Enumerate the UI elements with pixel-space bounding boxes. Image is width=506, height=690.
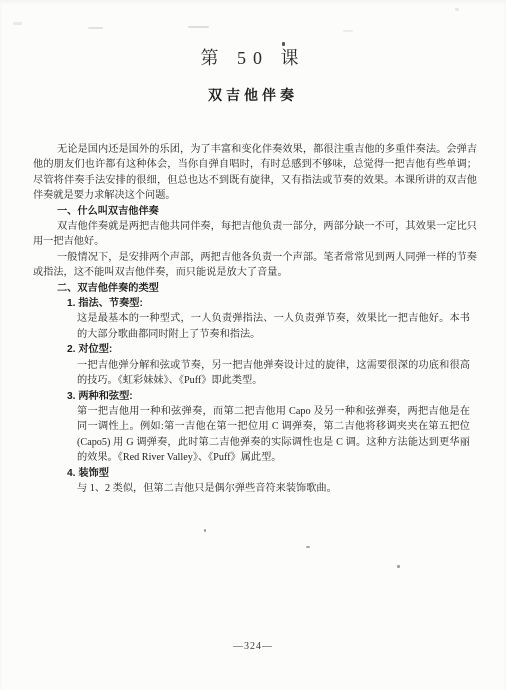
list-item: 1. 指法、节奏型: 这是最基本的一种型式，一人负责弹指法、一人负责弹节奏，效果… [67, 296, 477, 342]
page-number: —324— [0, 641, 506, 652]
list-item-title: 3. 两种和弦型: [67, 389, 477, 404]
lesson-title: 第 50 课 [0, 44, 506, 70]
list-item-body: 第一把吉他用一种和弦弹奏，而第二把吉他用 Capo 及另一种和弦弹奏，两把吉他是… [77, 404, 470, 466]
list-item-body: 一把吉他弹分解和弦或节奏，另一把吉他弹奏设计过的旋律，这需要很深的功底和很高的技… [77, 358, 470, 389]
scan-artifact [455, 8, 459, 11]
list-item: 4. 装饰型 与 1、2 类似，但第二吉他只是偶尔弹些音符来装饰歌曲。 [67, 466, 477, 497]
section-1-heading: 一、什么叫双吉他伴奏 [33, 204, 477, 219]
list-item-body: 与 1、2 类似，但第二吉他只是偶尔弹些音符来装饰歌曲。 [77, 481, 470, 496]
scan-artifact [397, 565, 400, 568]
list-item-title: 1. 指法、节奏型: [67, 296, 477, 311]
lesson-subtitle: 双吉他伴奏 [0, 85, 506, 105]
scan-artifact [13, 22, 22, 25]
intro-paragraph: 无论是国内还是国外的乐团，为了丰富和变化伴奏效果，都很注重吉他的多重伴奏法。会弹… [33, 142, 477, 204]
list-item: 3. 两种和弦型: 第一把吉他用一种和弦弹奏，而第二把吉他用 Capo 及另一种… [67, 389, 477, 466]
section-2-heading: 二、双吉他伴奏的类型 [33, 281, 477, 296]
scan-artifact [88, 27, 103, 29]
scan-artifact [188, 26, 209, 28]
section-1-paragraph: 一般情况下，是安排两个声部，两把吉他各负责一个声部。笔者常常见到两人同弹一样的节… [33, 250, 477, 281]
list-item: 2. 对位型: 一把吉他弹分解和弦或节奏，另一把吉他弹奏设计过的旋律，这需要很深… [67, 342, 477, 388]
section-1-paragraph: 双吉他伴奏就是两把吉他共同伴奏，每把吉他负责一部分，两部分缺一不可，其效果一定比… [33, 219, 477, 250]
list-item-title: 4. 装饰型 [67, 466, 477, 481]
lesson-body: 无论是国内还是国外的乐团，为了丰富和变化伴奏效果，都很注重吉他的多重伴奏法。会弹… [33, 142, 477, 496]
scan-artifact [204, 529, 206, 532]
scanned-book-page: 第 50 课 双吉他伴奏 无论是国内还是国外的乐团，为了丰富和变化伴奏效果，都很… [0, 0, 506, 690]
list-item-body: 这是最基本的一种型式，一人负责弹指法、一人负责弹节奏，效果比一把吉他好。本书的大… [77, 311, 470, 342]
list-item-title: 2. 对位型: [67, 342, 477, 357]
scan-artifact [306, 546, 310, 548]
scan-artifact [343, 30, 353, 32]
